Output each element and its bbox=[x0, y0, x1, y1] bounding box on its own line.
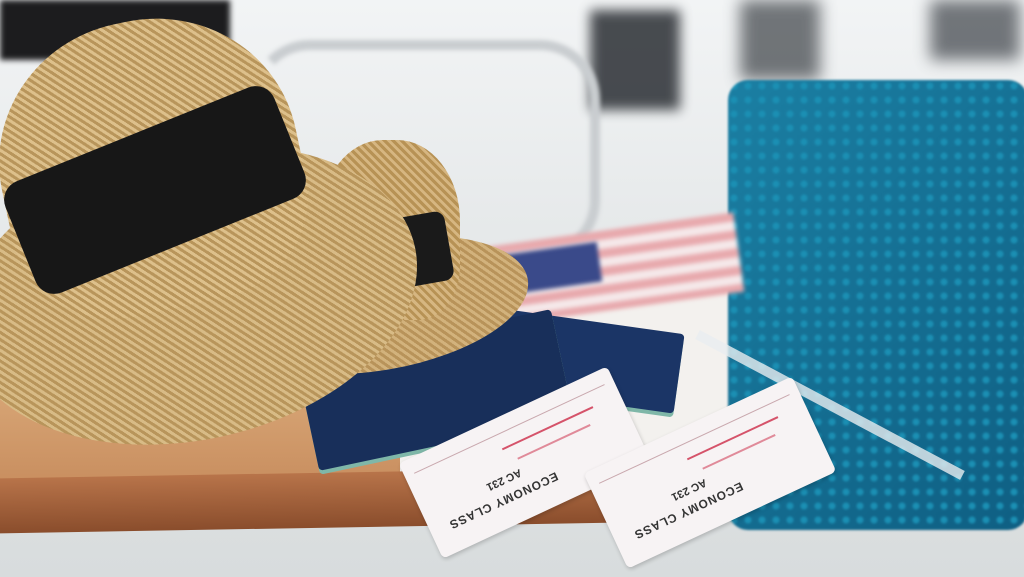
background-chair bbox=[930, 0, 1020, 60]
background-monitor bbox=[590, 10, 680, 110]
ticket-red-line bbox=[702, 434, 775, 470]
photo-scene: AC 231 ECONOMY CLASS AC 231 ECONOMY CLAS… bbox=[0, 0, 1024, 577]
background-object bbox=[740, 0, 820, 80]
ticket-red-line bbox=[517, 424, 590, 460]
